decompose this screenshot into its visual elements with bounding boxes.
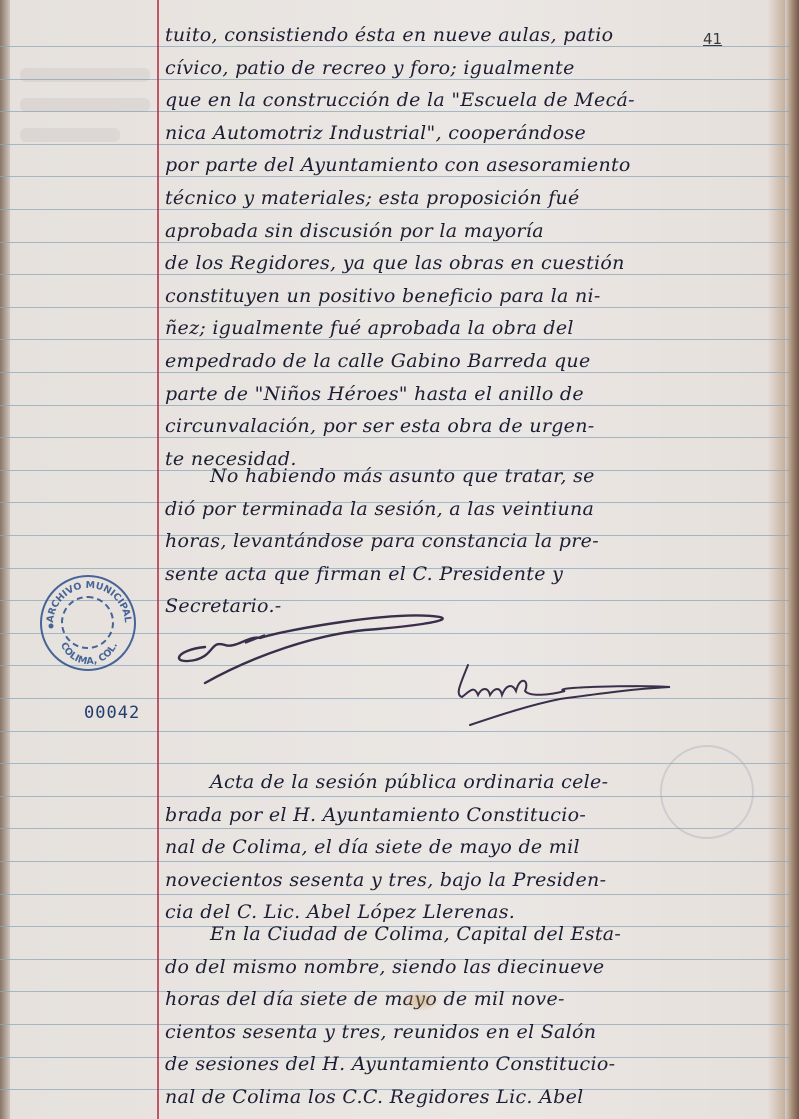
text-line: empedrado de la calle Gabino Barreda que: [165, 345, 790, 378]
text-line: tuito, consistiendo ésta en nueve aulas,…: [165, 19, 790, 52]
bleed-through-mark: [20, 128, 120, 142]
paragraph-continuation: tuito, consistiendo ésta en nueve aulas,…: [165, 19, 790, 475]
text-line: ñez; igualmente fué aprobada la obra del: [165, 312, 790, 345]
text-line: aprobada sin discusión por la mayoría: [165, 215, 790, 248]
text-line: sente acta que firman el C. Presidente y: [165, 558, 790, 591]
text-line: que en la construcción de la "Escuela de…: [165, 84, 790, 117]
document-page: 41 tuito, consistiendo ésta en nueve aul…: [0, 0, 799, 1119]
stamp-seal-center: [61, 596, 114, 649]
text-line: brada por el H. Ayuntamiento Constitucio…: [165, 799, 790, 832]
text-line: dió por terminada la sesión, a las veint…: [165, 493, 790, 526]
acta-body-paragraph: En la Ciudad de Colima, Capital del Esta…: [165, 918, 790, 1114]
text-line: No habiendo más asunto que tratar, se: [165, 460, 790, 493]
text-line: do del mismo nombre, siendo las diecinue…: [165, 951, 790, 984]
text-line: parte de "Niños Héroes" hasta el anillo …: [165, 378, 790, 411]
text-line: cívico, patio de recreo y foro; igualmen…: [165, 52, 790, 85]
text-line: técnico y materiales; esta proposición f…: [165, 182, 790, 215]
text-line: constituyen un positivo beneficio para l…: [165, 280, 790, 313]
bleed-through-mark: [20, 98, 150, 112]
text-line: novecientos sesenta y tres, bajo la Pres…: [165, 864, 790, 897]
text-line: nica Automotriz Industrial", cooperándos…: [165, 117, 790, 150]
text-line: circunvalación, por ser esta obra de urg…: [165, 410, 790, 443]
text-line: de sesiones del H. Ayuntamiento Constitu…: [165, 1048, 790, 1081]
text-line: nal de Colima los C.C. Regidores Lic. Ab…: [165, 1081, 790, 1114]
text-line: horas del día siete de mayo de mil nove-: [165, 983, 790, 1016]
acta-heading-paragraph: Acta de la sesión pública ordinaria cele…: [165, 766, 790, 929]
text-line: de los Regidores, ya que las obras en cu…: [165, 247, 790, 280]
text-line: Acta de la sesión pública ordinaria cele…: [165, 766, 790, 799]
bleed-through-mark: [20, 68, 150, 82]
text-line: horas, levantándose para constancia la p…: [165, 525, 790, 558]
text-line: por parte del Ayuntamiento con asesorami…: [165, 149, 790, 182]
paragraph-closing: No habiendo más asunto que tratar, se di…: [165, 460, 790, 623]
text-line: nal de Colima, el día siete de mayo de m…: [165, 831, 790, 864]
signature-secretario: [440, 655, 700, 735]
paper-stain: [400, 990, 440, 1012]
folio-number: 00042: [84, 703, 140, 723]
text-line: En la Ciudad de Colima, Capital del Esta…: [165, 918, 790, 951]
margin-line: [157, 0, 159, 1119]
archivo-municipal-stamp: ARCHIVO MUNICIPAL COLIMA, COL.: [40, 575, 136, 671]
text-line: cientos sesenta y tres, reunidos en el S…: [165, 1016, 790, 1049]
